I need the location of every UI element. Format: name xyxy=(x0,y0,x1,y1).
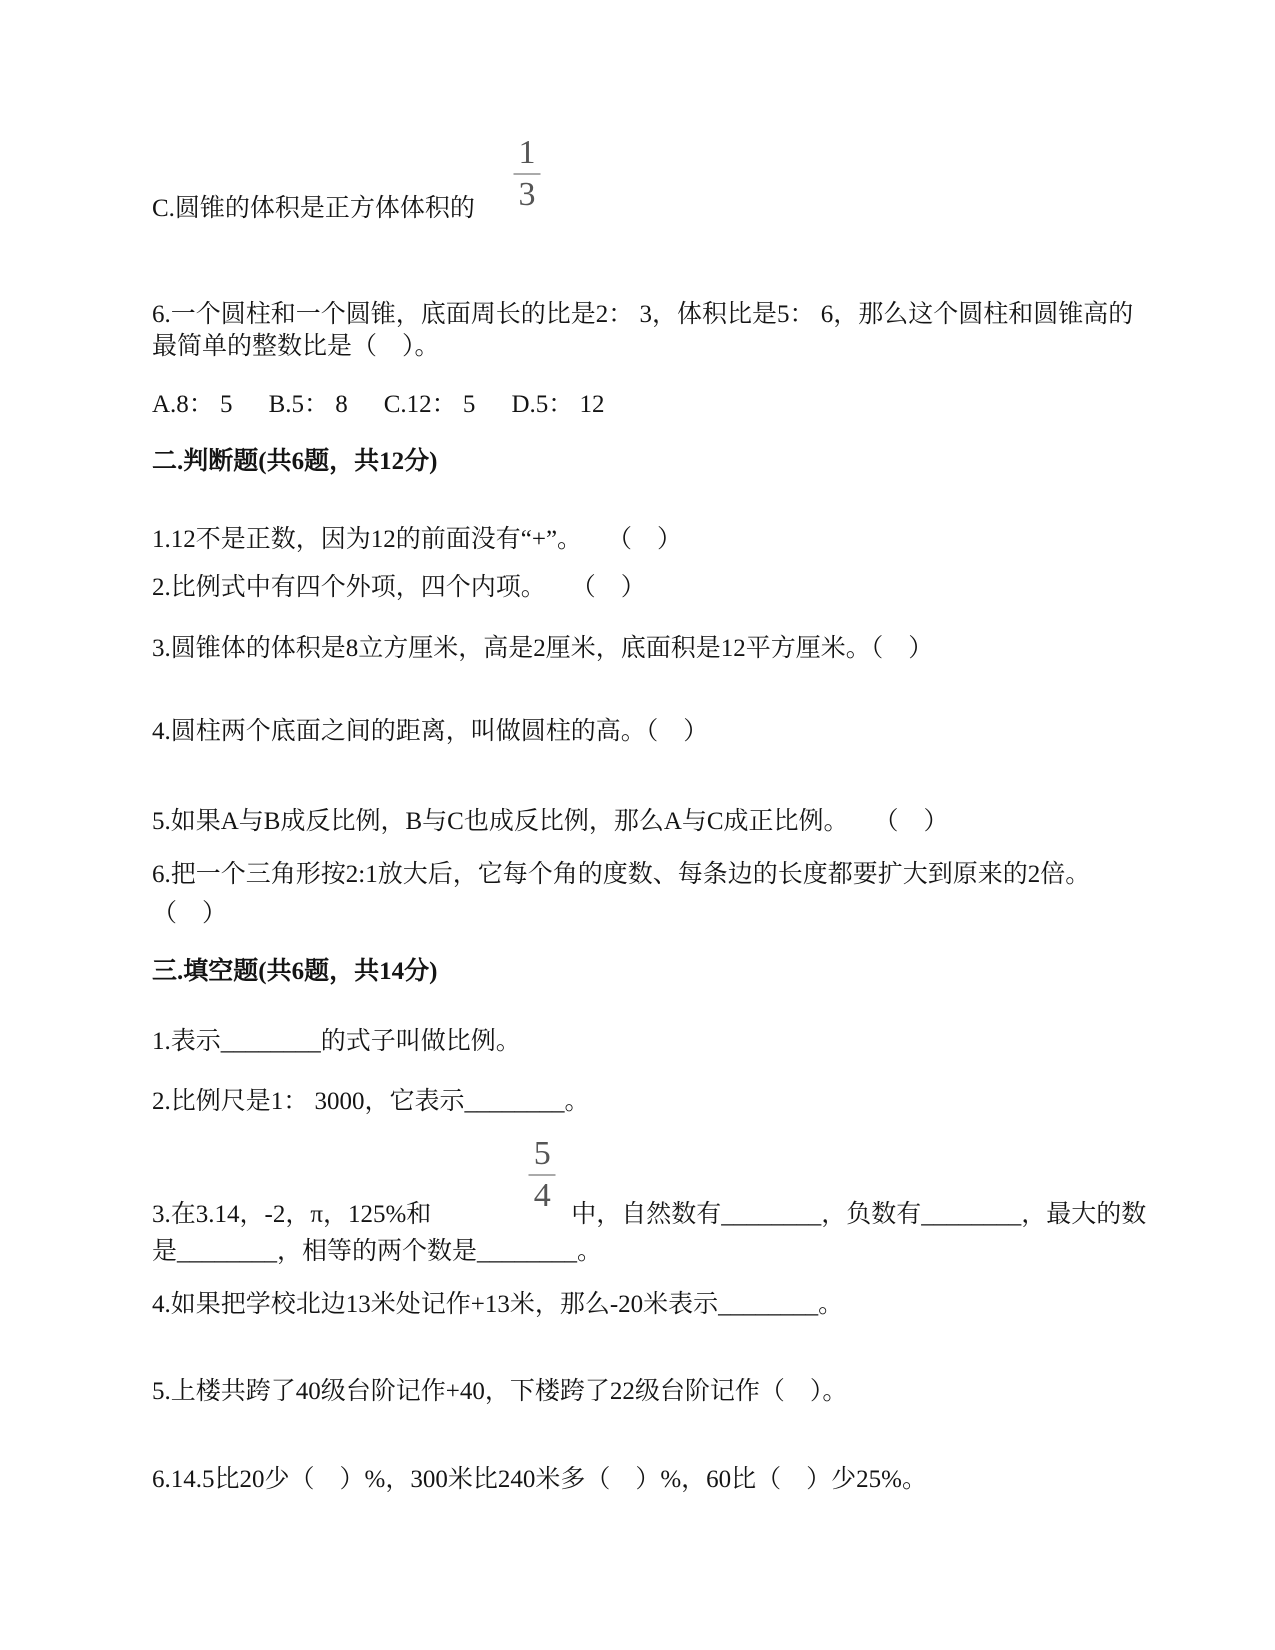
fill-question-3-line1: 3.在3.14，-2，π，125%和54中，自然数有________，负数有__… xyxy=(152,1196,1146,1233)
fill-question-6: 6.14.5比20少（ ）%，300米比240米多（ ）%，60比（ ）少25%… xyxy=(152,1461,927,1498)
option-d: D.5： 12 xyxy=(511,391,604,418)
choice-q6-options: A.8： 5B.5： 8C.12： 5D.5： 12 xyxy=(152,386,641,423)
choice-option-c-text: C.圆锥的体积是正方体体积的 xyxy=(152,195,475,222)
choice-q6-line2: 最简单的整数比是（ ）。 xyxy=(152,328,440,365)
fill-question-5: 5.上楼共跨了40级台阶记作+40，下楼跨了22级台阶记作（ ）。 xyxy=(152,1373,847,1410)
fill-question-4: 4.如果把学校北边13米处记作+13米，那么-20米表示________。 xyxy=(152,1286,843,1323)
choice-option-c-line: C.圆锥的体积是正方体体积的13 xyxy=(152,190,543,227)
option-b: B.5： 8 xyxy=(269,391,348,418)
judge-question-4: 4.圆柱两个底面之间的距离，叫做圆柱的高。（ ） xyxy=(152,713,708,750)
fraction-numerator: 1 xyxy=(513,136,540,173)
fraction-one-third: 13 xyxy=(511,215,543,216)
fill-q3-before: 3.在3.14，-2，π，125%和 xyxy=(152,1201,431,1228)
fill-q3-after: 中，自然数有________，负数有________，最大的数 xyxy=(571,1201,1146,1228)
fraction-five-fourths: 54 xyxy=(525,1221,559,1222)
option-c: C.12： 5 xyxy=(384,391,476,418)
fill-question-1: 1.表示________的式子叫做比例。 xyxy=(152,1023,521,1060)
fill-question-3-line2: 是________，相等的两个数是________。 xyxy=(152,1233,602,1270)
judge-question-3: 3.圆锥体的体积是8立方厘米，高是2厘米，底面积是12平方厘米。（ ） xyxy=(152,630,933,667)
option-a: A.8： 5 xyxy=(152,391,233,418)
judge-section-header: 二.判断题(共6题，共12分) xyxy=(152,443,437,480)
judge-question-6-line1: 6.把一个三角形按2:1放大后，它每个角的度数、每条边的长度都要扩大到原来的2倍… xyxy=(152,856,1090,893)
judge-question-5: 5.如果A与B成反比例，B与C也成反比例，那么A与C成正比例。 （ ） xyxy=(152,803,949,840)
fraction-denominator: 4 xyxy=(529,1174,556,1213)
fraction-denominator: 3 xyxy=(513,173,540,212)
fill-question-2: 2.比例尺是1： 3000，它表示________。 xyxy=(152,1083,590,1120)
fill-section-header: 三.填空题(共6题，共14分) xyxy=(152,953,437,990)
test-paper-page: C.圆锥的体积是正方体体积的13 6.一个圆柱和一个圆锥，底面周长的比是2： 3… xyxy=(0,0,1275,1650)
fraction-numerator: 5 xyxy=(529,1137,556,1174)
judge-question-6-line2: （ ） xyxy=(152,895,227,932)
judge-question-2: 2.比例式中有四个外项，四个内项。 （ ） xyxy=(152,569,646,606)
judge-question-1: 1.12不是正数，因为12的前面没有“+”。 （ ） xyxy=(152,521,682,558)
